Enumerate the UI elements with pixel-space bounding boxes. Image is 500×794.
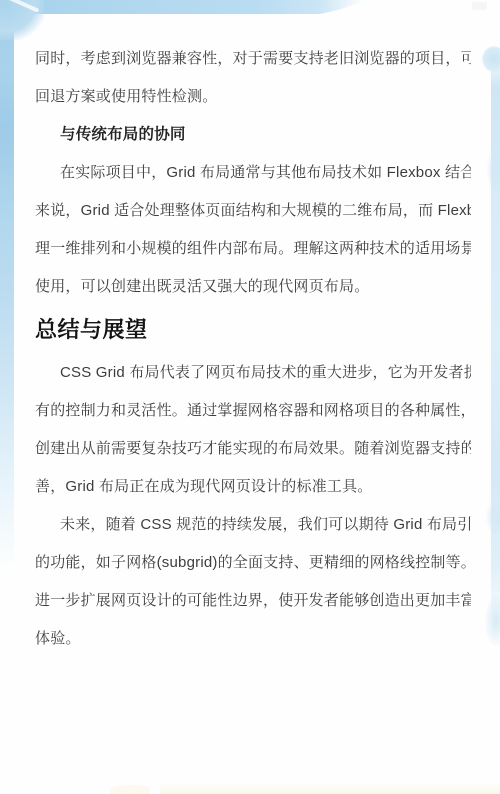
body-line: 的功能，如子网格(subgrid)的全面支持、更精细的网格线控制等。这些进步将 xyxy=(35,544,471,582)
watercolor-blob xyxy=(482,46,500,72)
body-line: 来说，Grid 适合处理整体页面结构和大规模的二维布局，而 Flexbox 更适… xyxy=(35,192,471,230)
watercolor-blob xyxy=(485,596,500,646)
subsection-heading: 与传统布局的协同 xyxy=(35,116,471,154)
article-body: 同时，考虑到浏览器兼容性，对于需要支持老旧浏览器的项目，可能需要提供 回退方案或… xyxy=(35,40,471,658)
body-line: 有的控制力和灵活性。通过掌握网格容器和网格项目的各种属性，开发者可以 xyxy=(35,392,471,430)
body-line: 创建出从前需要复杂技巧才能实现的布局效果。随着浏览器支持的不断完 xyxy=(35,430,471,468)
body-line: 进一步扩展网页设计的可能性边界，使开发者能够创造出更加丰富多样的用户 xyxy=(35,582,471,620)
section-heading: 总结与展望 xyxy=(35,306,471,354)
body-line: 未来，随着 CSS 规范的持续发展，我们可以期待 Grid 布局引入更多强大 xyxy=(35,506,471,544)
body-line: 回退方案或使用特性检测。 xyxy=(35,78,471,116)
body-line: 善，Grid 布局正在成为现代网页设计的标准工具。 xyxy=(35,468,471,506)
body-line: 同时，考虑到浏览器兼容性，对于需要支持老旧浏览器的项目，可能需要提供 xyxy=(35,40,471,78)
body-line: 在实际项目中，Grid 布局通常与其他布局技术如 Flexbox 结合使用。一般 xyxy=(35,154,471,192)
watercolor-right-wash xyxy=(491,52,500,637)
watercolor-bottom-tint xyxy=(160,782,500,794)
watercolor-blob xyxy=(487,148,500,192)
faint-overlay-rect xyxy=(472,2,487,10)
body-line: 体验。 xyxy=(35,620,471,658)
watercolor-blob xyxy=(486,500,500,534)
body-line: CSS Grid 布局代表了网页布局技术的重大进步，它为开发者提供了前所未 xyxy=(35,354,471,392)
watercolor-bottom-patch xyxy=(110,785,150,794)
watercolor-left-wash xyxy=(0,0,14,570)
watercolor-top-band xyxy=(0,0,364,14)
document-page: 同时，考虑到浏览器兼容性，对于需要支持老旧浏览器的项目，可能需要提供 回退方案或… xyxy=(0,0,500,794)
body-line: 理一维排列和小规模的组件内部布局。理解这两种技术的适用场景并合理搭配 xyxy=(35,230,471,268)
body-line: 使用，可以创建出既灵活又强大的现代网页布局。 xyxy=(35,268,471,306)
